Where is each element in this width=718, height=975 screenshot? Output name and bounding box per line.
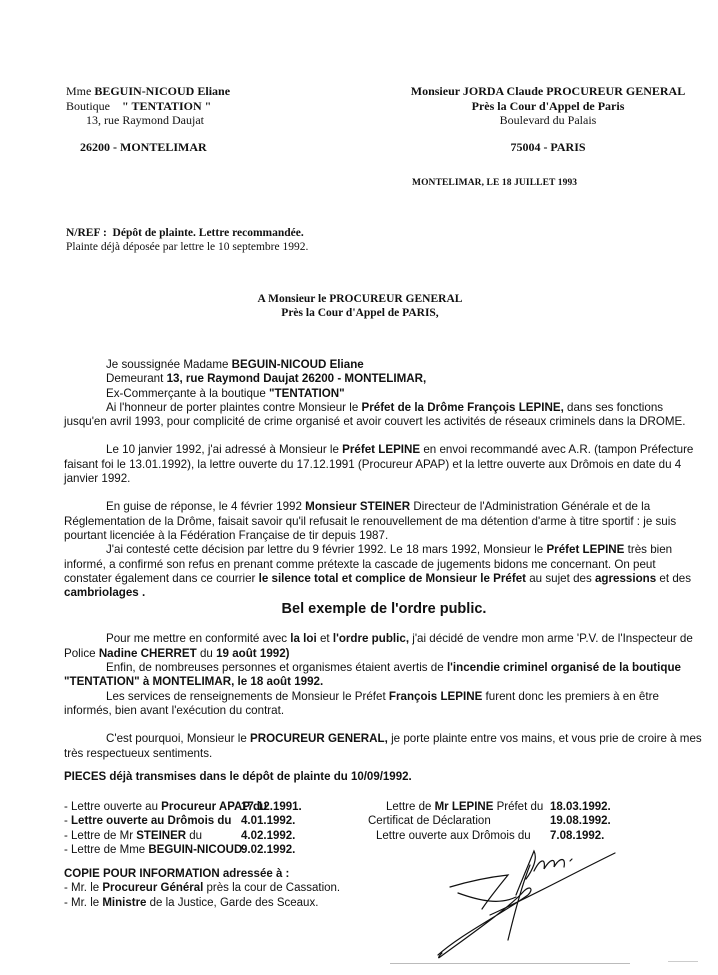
- paragraph: J'ai contesté cette décision par lettre …: [64, 543, 704, 600]
- recipient-address: Boulevard du Palais: [398, 113, 698, 128]
- sender-name: Mme BEGUIN-NICOUD Eliane: [66, 84, 230, 99]
- reference-subject: N/REF : Dépôt de plainte. Lettre recomma…: [66, 226, 308, 240]
- piece-date: 4.01.1992.: [241, 814, 295, 828]
- footer-rule: [390, 963, 630, 964]
- piece-date: 9.02.1992.: [241, 843, 295, 857]
- copy-item: - Mr. le Procureur Général près la cour …: [64, 881, 340, 895]
- sender-address: 13, rue Raymond Daujat: [66, 113, 230, 128]
- letter-date: MONTELIMAR, LE 18 JUILLET 1993: [412, 178, 577, 188]
- footer-rule: [668, 961, 698, 962]
- sender-city: 26200 - MONTELIMAR: [66, 140, 230, 155]
- piece-label: - Lettre ouverte au Drômois du: [64, 814, 231, 828]
- addressee-block: A Monsieur le PROCUREUR GENERAL Près la …: [200, 292, 520, 320]
- recipient-court: Près la Cour d'Appel de Paris: [398, 99, 698, 114]
- reference-block: N/REF : Dépôt de plainte. Lettre recomma…: [66, 226, 308, 254]
- piece-label: - Lettre de Mme BEGUIN-NICOUD: [64, 843, 242, 857]
- piece-date: 18.03.1992.: [550, 800, 611, 814]
- intro-line: Ex-Commerçante à la boutique "TENTATION": [64, 387, 704, 401]
- paragraph: Pour me mettre en conformité avec la loi…: [64, 632, 704, 661]
- piece-date: 19.08.1992.: [550, 814, 611, 828]
- piece-date: 4.02.1992.: [241, 829, 295, 843]
- paragraph: Ai l'honneur de porter plaintes contre M…: [64, 401, 704, 430]
- closing-paragraph: C'est pourquoi, Monsieur le PROCUREUR GE…: [64, 732, 704, 761]
- paragraph: Les services de renseignements de Monsie…: [64, 690, 704, 719]
- recipient-city: 75004 - PARIS: [398, 140, 698, 155]
- piece-date: 17.12.1991.: [241, 800, 302, 814]
- reference-note: Plainte déjà déposée par lettre le 10 se…: [66, 240, 308, 254]
- intro-line: Demeurant 13, rue Raymond Daujat 26200 -…: [64, 372, 704, 386]
- piece-label: Lettre de Mr LEPINE Préfet du: [386, 800, 543, 814]
- paragraph: Le 10 janvier 1992, j'ai adressé à Monsi…: [64, 443, 704, 486]
- intro-line: Je soussignée Madame BEGUIN-NICOUD Elian…: [64, 358, 704, 372]
- addressee-line: Près la Cour d'Appel de PARIS,: [200, 306, 520, 320]
- addressee-line: A Monsieur le PROCUREUR GENERAL: [200, 292, 520, 306]
- paragraph: Enfin, de nombreuses personnes et organi…: [64, 661, 704, 690]
- sender-shop: Boutique " TENTATION ": [66, 99, 230, 114]
- recipient-block: Monsieur JORDA Claude PROCUREUR GENERAL …: [398, 84, 698, 154]
- recipient-name: Monsieur JORDA Claude PROCUREUR GENERAL: [398, 84, 698, 99]
- highlight-statement: Bel exemple de l'ordre public.: [64, 600, 704, 618]
- signature-icon: [430, 835, 630, 965]
- letter-body: Je soussignée Madame BEGUIN-NICOUD Elian…: [64, 358, 704, 761]
- copy-item: - Mr. le Ministre de la Justice, Garde d…: [64, 896, 340, 910]
- paragraph: En guise de réponse, le 4 février 1992 M…: [64, 500, 704, 543]
- copy-recipients: COPIE POUR INFORMATION adressée à : - Mr…: [64, 867, 340, 910]
- sender-block: Mme BEGUIN-NICOUD Eliane Boutique " TENT…: [66, 84, 230, 154]
- pieces-title: PIECES déjà transmises dans le dépôt de …: [64, 771, 412, 783]
- copy-title: COPIE POUR INFORMATION adressée à :: [64, 867, 340, 881]
- piece-label: Certificat de Déclaration: [368, 814, 491, 828]
- piece-label: - Lettre de Mr STEINER du: [64, 829, 202, 843]
- piece-label: - Lettre ouverte au Procureur APAP du: [64, 800, 267, 814]
